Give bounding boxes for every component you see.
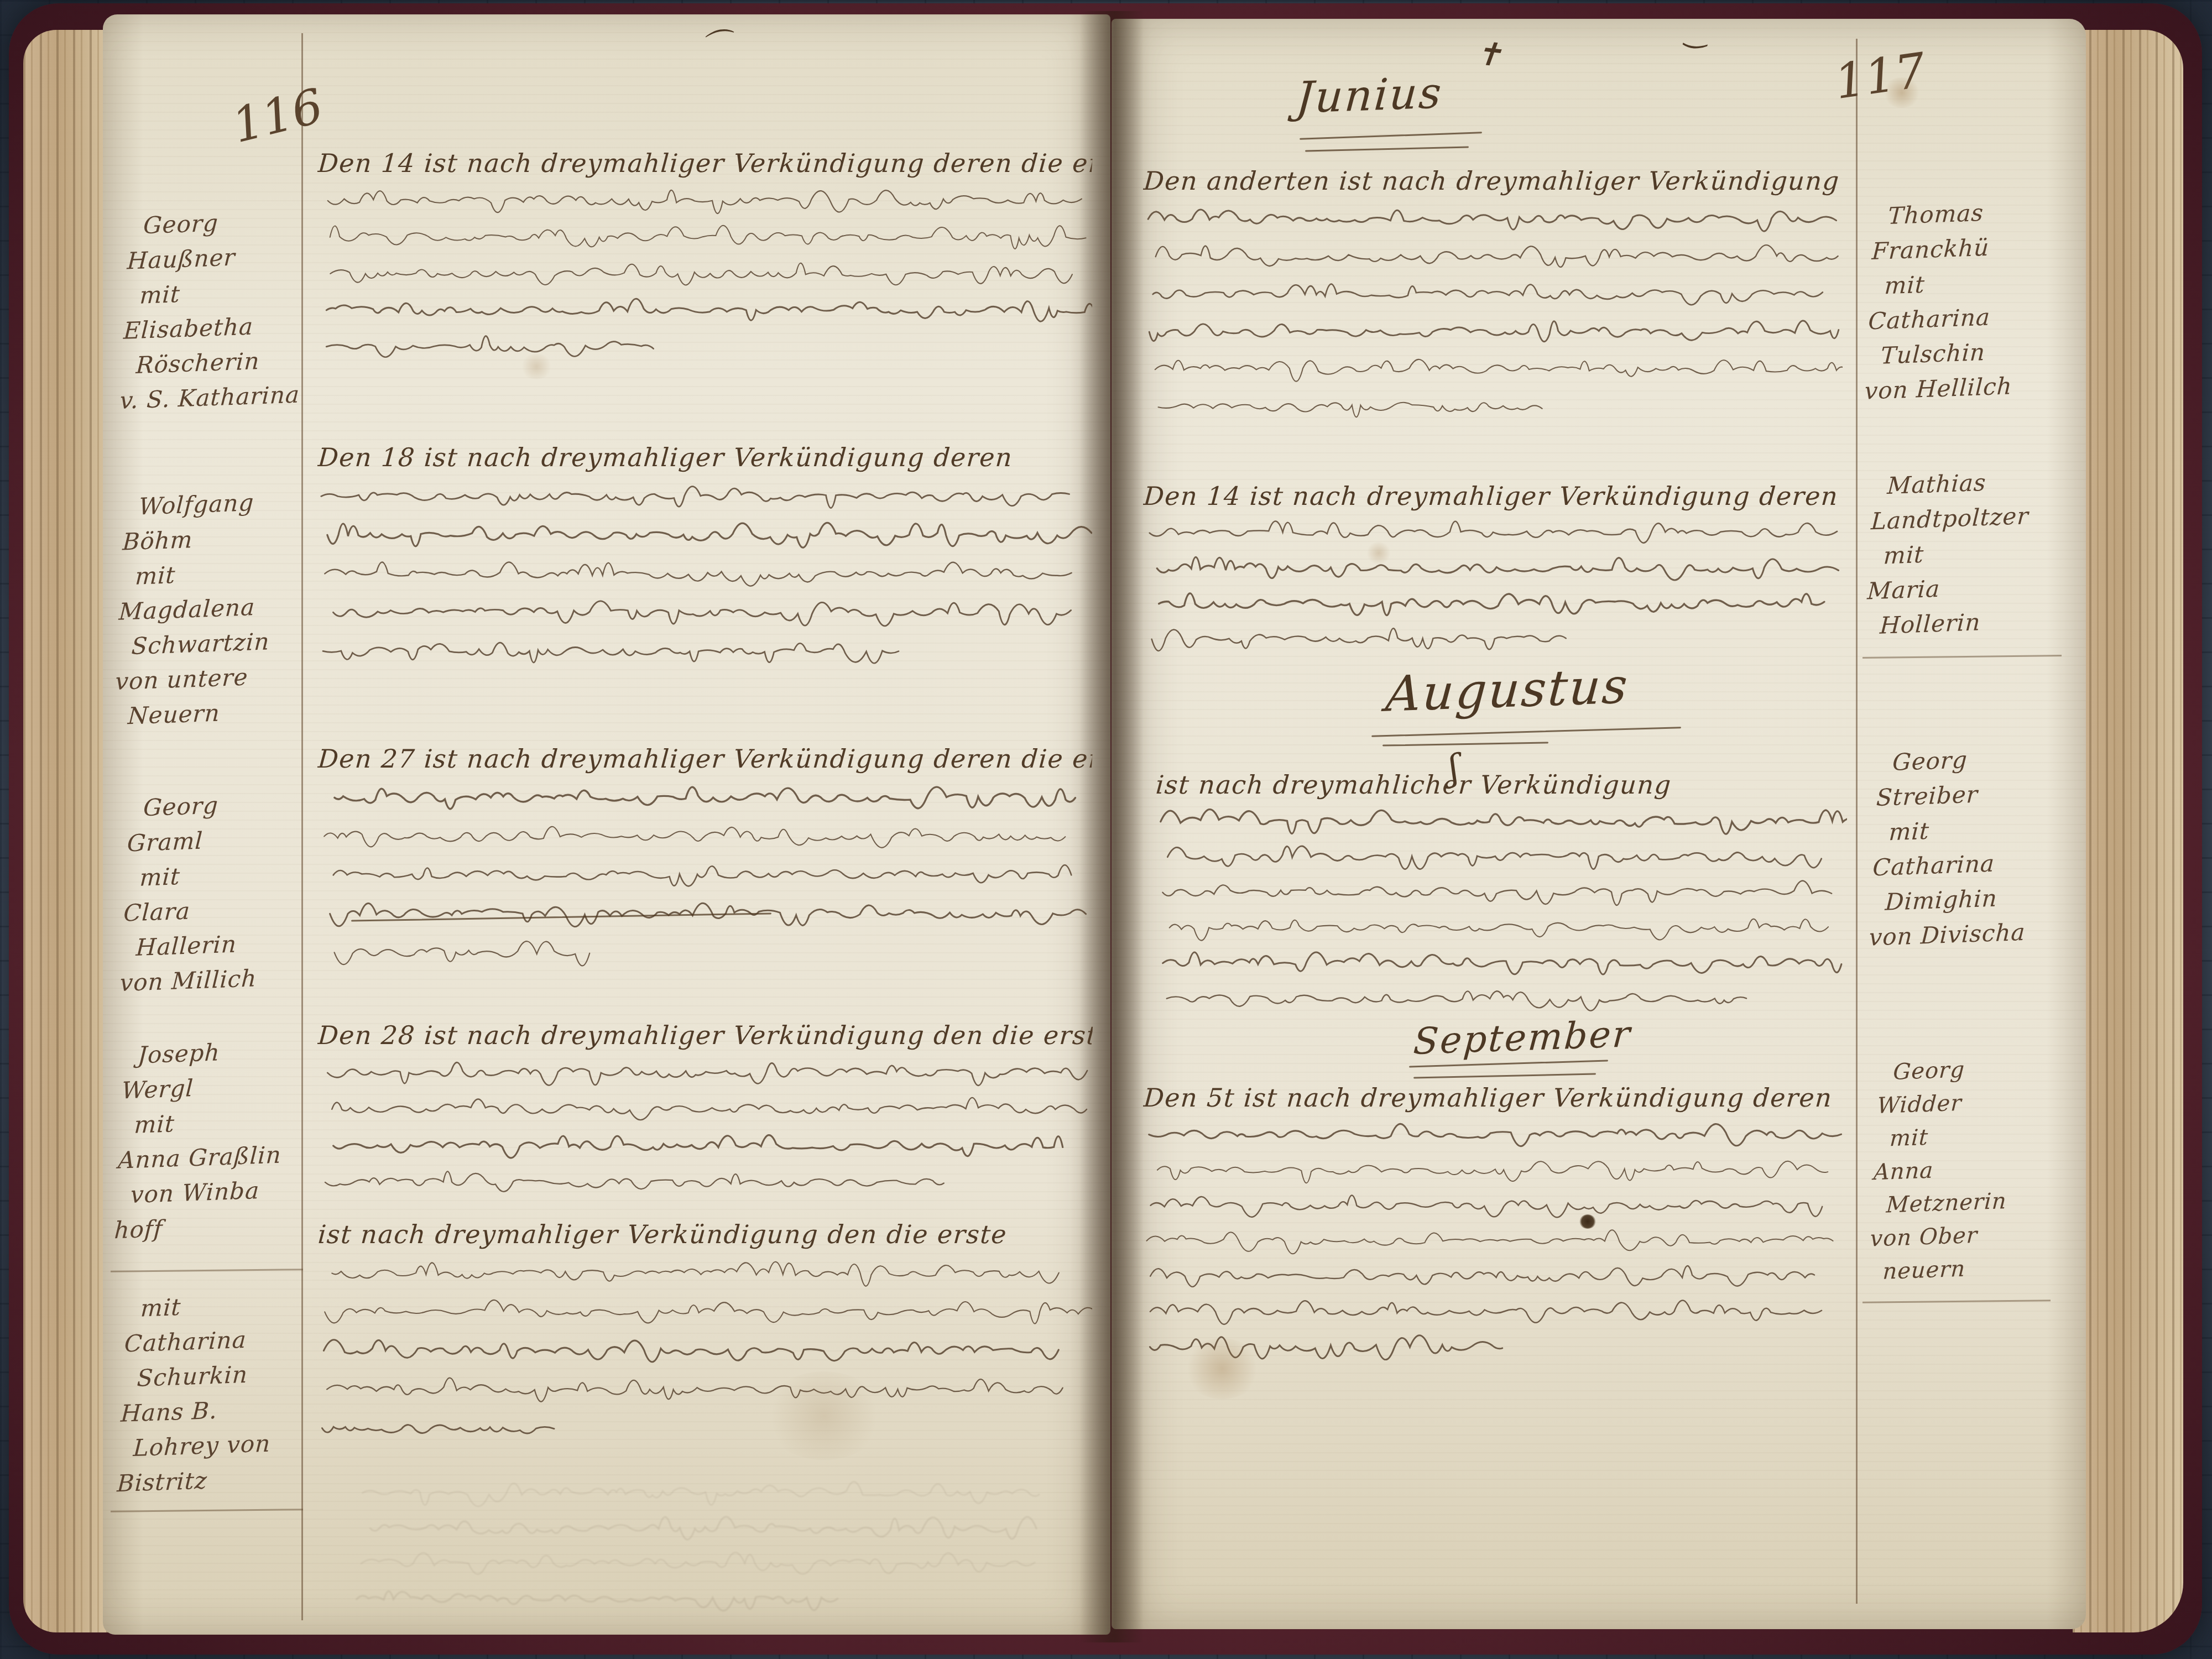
margin-entry: GeorgGramlmitClaraHallerinvon Millich [119,785,307,1000]
paper-stain [1366,542,1391,564]
margin-entry: GeorgStreibermitCatharinaDimighinvon Div… [1868,738,2078,954]
margin-entry-line: mit [140,1285,310,1326]
margin-entry-line: Mathias [1886,462,2073,503]
handwriting-lines [1144,511,1843,653]
margin-entry-line: mit [134,553,304,594]
entry-opening-line: Den 5t ist nach dreymahliger Verkündigun… [1142,1083,1844,1113]
handwriting-lines [318,1249,1092,1443]
margin-entry: mitCatharinaSchurkinHans B.Lohrey vonBis… [116,1285,310,1501]
margin-entry-line: Georg [143,785,307,825]
entry-opening-line: Den 28 ist nach dreymahliger Verkündigun… [317,1020,1093,1050]
margin-entry-line: Hallerin [135,925,299,965]
margin-entry-line: von untere [114,658,299,699]
margin-entry: WolfgangBöhmmitMagdalenaSchwartzinvon un… [113,483,308,734]
entry-opening-line: Den 27 ist nach dreymahliger Verkündigun… [317,744,1093,774]
margin-entry-line: Catharina [123,1320,307,1361]
month-heading-september: September [1412,1013,1633,1063]
margin-entry-line: Bistritz [116,1460,300,1501]
margin-entry: GeorgHaußnermitElisabethaRöscherinv. S. … [119,202,307,418]
handwriting-lines [318,472,1092,666]
margin-entry-line: von Winba [129,1171,299,1212]
handwriting-lines [318,774,1092,967]
page-edge-stack-right [2073,30,2183,1632]
margin-entry-line: von Millich [119,959,298,1000]
margin-entry-line: Georg [1892,738,2078,780]
margin-entry-line: Georg [143,202,307,243]
margin-entry-line: Hollerin [1879,602,2065,643]
register-entry-paragraph: Den anderten ist nach dreymahliger Verkü… [1144,166,1843,421]
register-entry-paragraph: ist nach dreymahlicher Verkündigung [1156,770,1847,1012]
entry-opening-line: ist nach dreymahliger Verkündigung den d… [317,1219,1093,1249]
margin-entry-line: hoff [113,1207,298,1248]
register-entry-paragraph: Den 5t ist nach dreymahliger Verkündigun… [1144,1083,1843,1360]
margin-entry-line: Böhm [122,518,306,560]
margin-entry-line: mit [139,272,303,312]
handwriting-lines [1144,196,1843,421]
paper-stain [763,1371,885,1460]
handwriting-lines [1144,1113,1843,1360]
margin-entry-line: Röscherin [135,342,299,383]
entry-opening-line: Den 14 ist nach dreymahliger Verkündigun… [1142,481,1844,511]
entry-opening-line: Den 14 ist nach dreymahliger Verkündigun… [317,148,1093,178]
register-entry-paragraph: Den 14 ist nach dreymahliger Verkündigun… [318,148,1092,361]
margin-entry-line: Dimighin [1884,878,2070,920]
margin-entry-line: mit [139,854,303,895]
margin-entry-line: Schurkin [136,1355,306,1396]
margin-entry-line: v. S. Katharina [119,377,298,418]
margin-entry-line: Neuern [127,693,297,734]
margin-entry: JosephWerglmitAnna Graßlinvon Winbahoff [113,1032,307,1248]
bleedthrough-ghost-text [354,1471,1040,1613]
ink-cross-mark: ✝ [1474,34,1504,75]
margin-entry-line: Joseph [137,1032,307,1073]
margin-entry-line: neuern [1882,1249,2068,1288]
paper-stain [520,354,553,379]
register-entry-paragraph: Den 14 ist nach dreymahliger Verkündigun… [1144,481,1843,653]
margin-entry-line: Wolfgang [138,483,307,524]
margin-entry-line: mit [1884,262,2070,304]
margin-entry-line: Clara [123,889,301,930]
margin-entry-line: Thomas [1887,192,2074,233]
margin-entry-line: Magdalena [118,588,302,629]
margin-entry-line: Graml [126,820,305,860]
right-page-margin-rule [1856,39,1858,1604]
month-heading-augustus: Augustus [1384,657,1631,723]
handwriting-lines [318,1050,1092,1196]
margin-entry-line: von Divischa [1868,913,2069,955]
margin-entry: GeorgWiddermitAnnaMetznerinvon Oberneuer… [1867,1049,2079,1289]
margin-entry-line: Schwartzin [131,623,300,664]
handwriting-lines [1156,800,1847,1012]
entry-opening-line: Den anderten ist nach dreymahliger Verkü… [1142,166,1844,196]
register-entry-paragraph: Den 28 ist nach dreymahliger Verkündigun… [318,1020,1092,1196]
ink-blot [1579,1214,1596,1229]
paper-stain [1183,1338,1261,1399]
handwriting-lines [318,178,1092,361]
register-entry-paragraph: Den 18 ist nach dreymahliger Verkündigun… [318,442,1092,666]
margin-entry-line: Wergl [121,1067,305,1108]
ink-flourish-mark: ‿ [1684,16,1709,50]
paper-stain [1882,77,1921,108]
margin-entry-line: mit [133,1102,303,1142]
entry-opening-line: Den 18 ist nach dreymahliger Verkündigun… [317,442,1093,472]
margin-entry-line: Hans B. [120,1390,304,1431]
margin-entry-line: Lohrey von [132,1425,302,1465]
margin-entry-line: Anna Graßlin [117,1136,301,1178]
manuscript-photo: 116 117 Junius ✝ Augustus ʃ September Ge… [0,0,2212,1659]
margin-entry-line: Haußner [126,237,305,278]
margin-entry-line: Tulschin [1880,332,2066,373]
register-entry-paragraph: Den 27 ist nach dreymahliger Verkündigun… [318,744,1092,967]
margin-entry: MathiasLandtpoltzermitMariaHollerin [1865,462,2073,643]
register-entry-paragraph: ist nach dreymahliger Verkündigung den d… [318,1219,1092,1443]
entry-opening-line: ist nach dreymahlicher Verkündigung [1155,770,1848,800]
margin-entry: ThomasFranckhümitCatharinaTulschinvon He… [1864,192,2074,408]
margin-entry-line: Elisabetha [123,307,301,348]
margin-entry-line: mit [1888,808,2074,850]
margin-entry-line: mit [1882,532,2069,573]
margin-entry-line: von Hellilch [1864,367,2064,409]
month-heading-junius: Junius [1295,68,1444,123]
page-edge-stack-left [23,30,114,1632]
